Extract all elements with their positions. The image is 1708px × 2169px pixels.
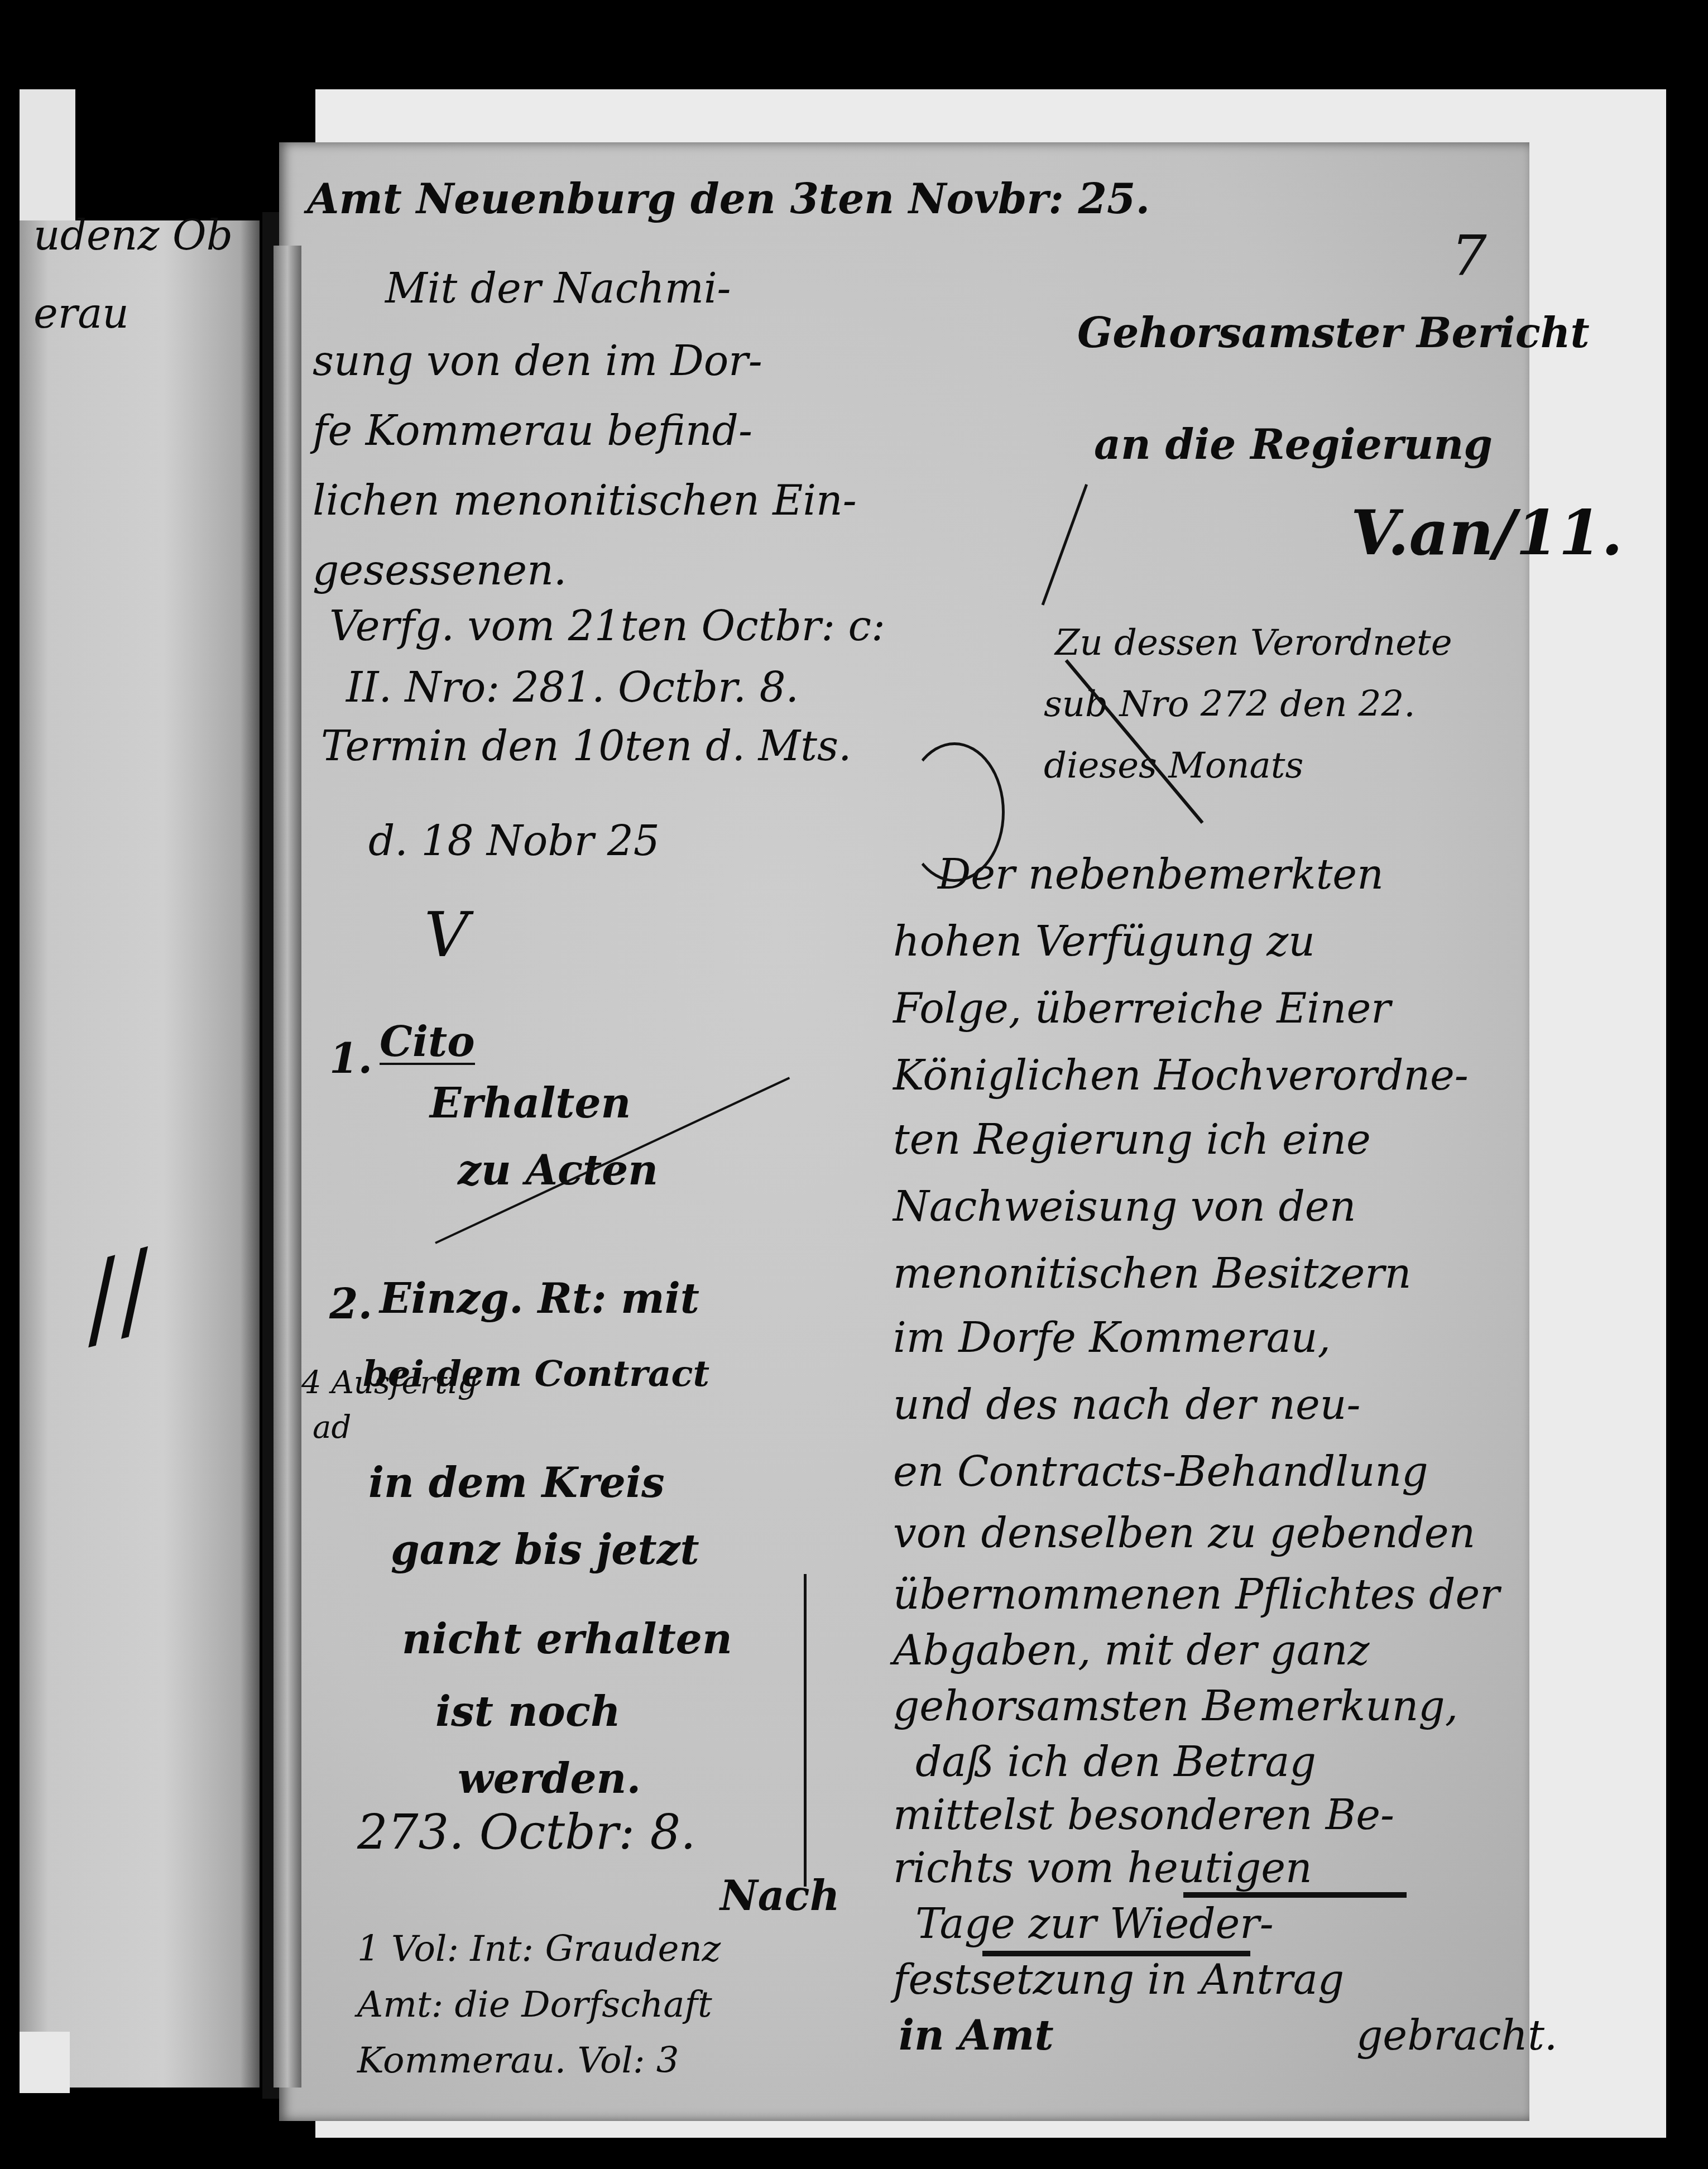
item-continuation: Erhalten	[430, 1083, 631, 1124]
item-text: Einzg. Rt: mit	[380, 1278, 699, 1319]
subject-line: lichen menonitischen Ein-	[313, 480, 857, 521]
item-continuation: ganz bis jetzt	[391, 1529, 699, 1571]
margin-note: 4 Ausfertig	[301, 1367, 478, 1399]
report-heading: Gehorsamster Bericht	[1077, 313, 1590, 354]
binding-fold	[274, 246, 301, 2088]
body-line: mittelst besonderen Be-	[893, 1794, 1394, 1836]
body-line: Der nebenbemerkten	[938, 854, 1384, 895]
subject-line: Mit der Nachmi-	[385, 268, 731, 309]
initial-mark: V	[424, 904, 468, 966]
signature-mark: Nach	[720, 1875, 839, 1917]
closing-mark: in Amt	[899, 2015, 1054, 2056]
body-line: menonitischen Besitzern	[893, 1253, 1411, 1294]
archival-note: Amt: die Dorfschaft	[357, 1987, 712, 2023]
body-line: richts vom heutigen	[893, 1848, 1312, 1889]
emphasis-underline	[982, 1951, 1250, 1956]
archival-note: Kommerau. Vol: 3	[357, 2043, 679, 2079]
body-line: Abgaben, mit der ganz	[893, 1630, 1369, 1671]
reference-line: Zu dessen Verordnete	[1055, 625, 1452, 661]
initial-d-flourish	[904, 742, 1005, 882]
body-line: daß ich den Betrag	[915, 1741, 1316, 1783]
body-line: ten Regierung ich eine	[893, 1119, 1371, 1160]
item-continuation: nicht erhalten	[402, 1619, 732, 1660]
folio-number: 7	[1451, 223, 1487, 289]
body-line: Folge, überreiche Einer	[893, 988, 1391, 1029]
date-note: d. 18 Nobr 25	[368, 820, 660, 862]
left-strip-fragment: udenz Ob	[33, 215, 233, 256]
report-heading: an die Regierung	[1094, 424, 1493, 466]
left-paper-strip	[20, 220, 260, 2088]
left-strip-fragment: erau	[33, 293, 129, 334]
item-number: 2.	[329, 1284, 372, 1325]
registration-number: 273. Octbr: 8.	[357, 1808, 696, 1856]
body-line: Tage zur Wieder-	[915, 1903, 1274, 1945]
body-line: en Contracts-Behandlung	[893, 1451, 1428, 1493]
item-continuation: ist noch	[435, 1691, 621, 1733]
body-line: Nachweisung von den	[893, 1186, 1356, 1227]
item-text: Cito	[380, 1021, 475, 1065]
body-line: festsetzung in Antrag	[893, 1959, 1344, 2000]
left-strip-top-edge	[20, 89, 75, 223]
document-header: Amt Neuenburg den 3ten Novbr: 25.	[307, 179, 1150, 220]
body-line: übernommenen Pflichtes der	[893, 1574, 1500, 1615]
subject-line: gesessenen.	[313, 550, 567, 591]
emphasis-underline	[1183, 1892, 1407, 1898]
reference-line: Termin den 10ten d. Mts.	[321, 726, 851, 767]
vertical-flourish	[804, 1574, 807, 1887]
body-line: Königlichen Hochverordne-	[893, 1055, 1469, 1096]
report-heading-code: V.an/11.	[1351, 502, 1623, 564]
left-strip-bottom-edge	[20, 2032, 70, 2093]
item-number: 1.	[329, 1038, 372, 1079]
body-line: gehorsamsten Bemerkung,	[893, 1686, 1458, 1727]
reference-line: Verfg. vom 21ten Octbr: c:	[329, 606, 885, 647]
body-line: von denselben zu gebenden	[893, 1513, 1475, 1554]
body-line: im Dorfe Kommerau,	[893, 1317, 1331, 1359]
reference-line: sub Nro 272 den 22.	[1044, 687, 1416, 722]
reference-line: II. Nro: 281. Octbr. 8.	[346, 667, 799, 708]
item-continuation: in dem Kreis	[368, 1462, 665, 1504]
archival-note: 1 Vol: Int: Graudenz	[357, 1931, 721, 1967]
subject-line: sung von den im Dor-	[313, 340, 762, 382]
body-line: hohen Verfügung zu	[893, 921, 1315, 962]
body-line: und des nach der neu-	[893, 1384, 1360, 1426]
reference-line: dieses Monats	[1044, 748, 1303, 784]
subject-line: fe Kommerau befind-	[313, 410, 752, 452]
item-continuation: werden.	[458, 1758, 641, 1799]
body-line: gebracht.	[1356, 2015, 1557, 2056]
margin-note: ad	[313, 1412, 351, 1443]
